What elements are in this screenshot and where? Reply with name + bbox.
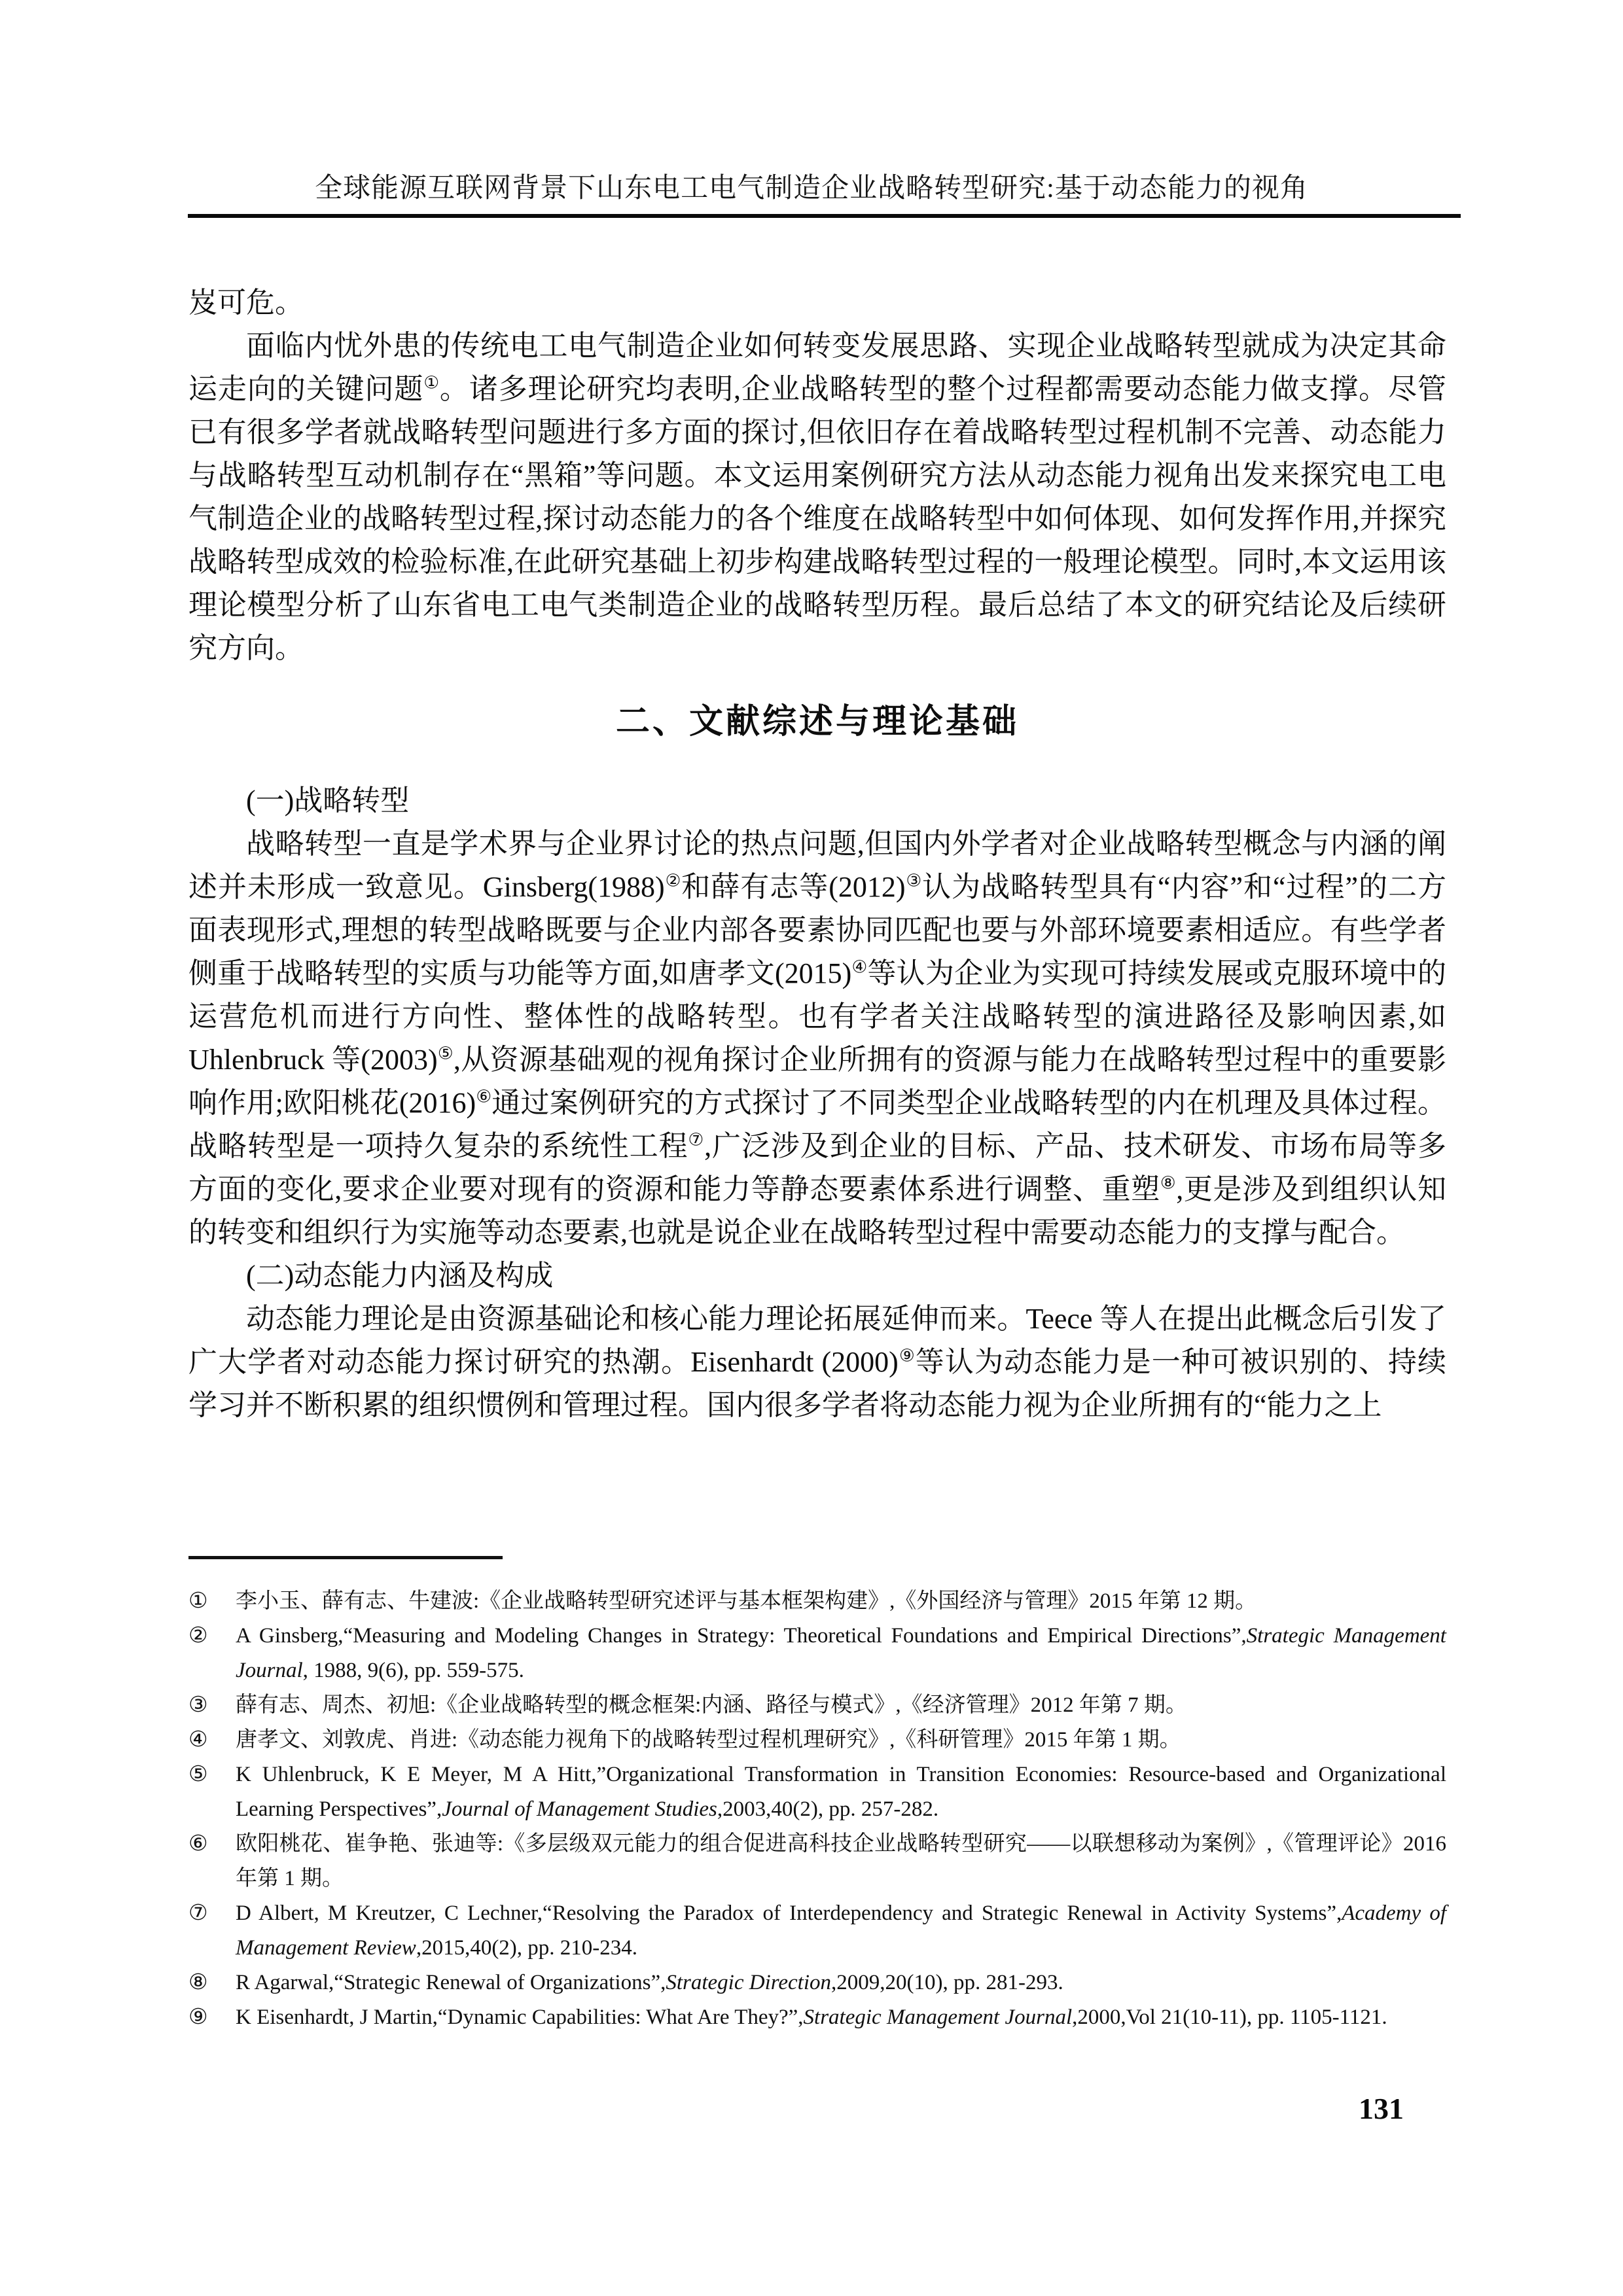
footnote-separator	[188, 1556, 503, 1559]
section-heading: 二、文献综述与理论基础	[188, 696, 1446, 749]
footnote-text: 唐孝文、刘敦虎、肖进:《动态能力视角下的战略转型过程机理研究》,《科研管理》20…	[236, 1723, 1446, 1757]
footnote-marker: ⑧	[188, 1966, 236, 2000]
footnotes-list: ①李小玉、薛有志、牛建波:《企业战略转型研究述评与基本框架构建》,《外国经济与管…	[188, 1584, 1446, 2035]
body-paragraph-continuation: 岌可危。	[188, 281, 1446, 325]
footnote-marker: ②	[188, 1619, 236, 1688]
footnote-text: R Agarwal,“Strategic Renewal of Organiza…	[236, 1966, 1446, 2000]
footnote-text: 李小玉、薛有志、牛建波:《企业战略转型研究述评与基本框架构建》,《外国经济与管理…	[236, 1584, 1446, 1619]
footnote-item: ⑥欧阳桃花、崔争艳、张迪等:《多层级双元能力的组合促进高科技企业战略转型研究——…	[188, 1827, 1446, 1896]
article-body: 岌可危。面临内忧外患的传统电工电气制造企业如何转变发展思路、实现企业战略转型就成…	[188, 281, 1446, 1427]
footnote-marker: ⑥	[188, 1827, 236, 1896]
page: 全球能源互联网背景下山东电工电气制造企业战略转型研究:基于动态能力的视角 岌可危…	[0, 0, 1623, 2296]
footnote-item: ⑧R Agarwal,“Strategic Renewal of Organiz…	[188, 1966, 1446, 2000]
footnote-text: K Eisenhardt, J Martin,“Dynamic Capabili…	[236, 2000, 1446, 2035]
footnote-item: ①李小玉、薛有志、牛建波:《企业战略转型研究述评与基本框架构建》,《外国经济与管…	[188, 1584, 1446, 1619]
footnote-item: ⑦D Albert, M Kreutzer, C Lechner,“Resolv…	[188, 1896, 1446, 1966]
page-number: 131	[1359, 2091, 1404, 2126]
footnote-item: ②A Ginsberg,“Measuring and Modeling Chan…	[188, 1619, 1446, 1688]
footnote-text: D Albert, M Kreutzer, C Lechner,“Resolvi…	[236, 1896, 1446, 1966]
footnote-item: ③薛有志、周杰、初旭:《企业战略转型的概念框架:内涵、路径与模式》,《经济管理》…	[188, 1688, 1446, 1723]
header-rule	[188, 214, 1461, 218]
body-paragraph: 面临内忧外患的传统电工电气制造企业如何转变发展思路、实现企业战略转型就成为决定其…	[188, 325, 1446, 670]
subsection-heading: (一)战略转型	[188, 779, 1446, 822]
footnote-text: 薛有志、周杰、初旭:《企业战略转型的概念框架:内涵、路径与模式》,《经济管理》2…	[236, 1688, 1446, 1723]
footnote-item: ⑨K Eisenhardt, J Martin,“Dynamic Capabil…	[188, 2000, 1446, 2035]
footnote-text: A Ginsberg,“Measuring and Modeling Chang…	[236, 1619, 1446, 1688]
running-head-title: 全球能源互联网背景下山东电工电气制造企业战略转型研究:基于动态能力的视角	[0, 171, 1623, 205]
footnote-marker: ①	[188, 1584, 236, 1619]
footnote-text: 欧阳桃花、崔争艳、张迪等:《多层级双元能力的组合促进高科技企业战略转型研究——以…	[236, 1827, 1446, 1896]
subsection-heading: (二)动态能力内涵及构成	[188, 1254, 1446, 1298]
footnote-marker: ⑤	[188, 1757, 236, 1827]
footnote-item: ④唐孝文、刘敦虎、肖进:《动态能力视角下的战略转型过程机理研究》,《科研管理》2…	[188, 1723, 1446, 1757]
footnote-marker: ④	[188, 1723, 236, 1757]
body-paragraph: 战略转型一直是学术界与企业界讨论的热点问题,但国内外学者对企业战略转型概念与内涵…	[188, 822, 1446, 1254]
footnote-item: ⑤K Uhlenbruck, K E Meyer, M A Hitt,”Orga…	[188, 1757, 1446, 1827]
footnote-marker: ⑨	[188, 2000, 236, 2035]
footnote-marker: ③	[188, 1688, 236, 1723]
body-paragraph: 动态能力理论是由资源基础论和核心能力理论拓展延伸而来。Teece 等人在提出此概…	[188, 1298, 1446, 1427]
footnote-text: K Uhlenbruck, K E Meyer, M A Hitt,”Organ…	[236, 1757, 1446, 1827]
footnote-marker: ⑦	[188, 1896, 236, 1966]
